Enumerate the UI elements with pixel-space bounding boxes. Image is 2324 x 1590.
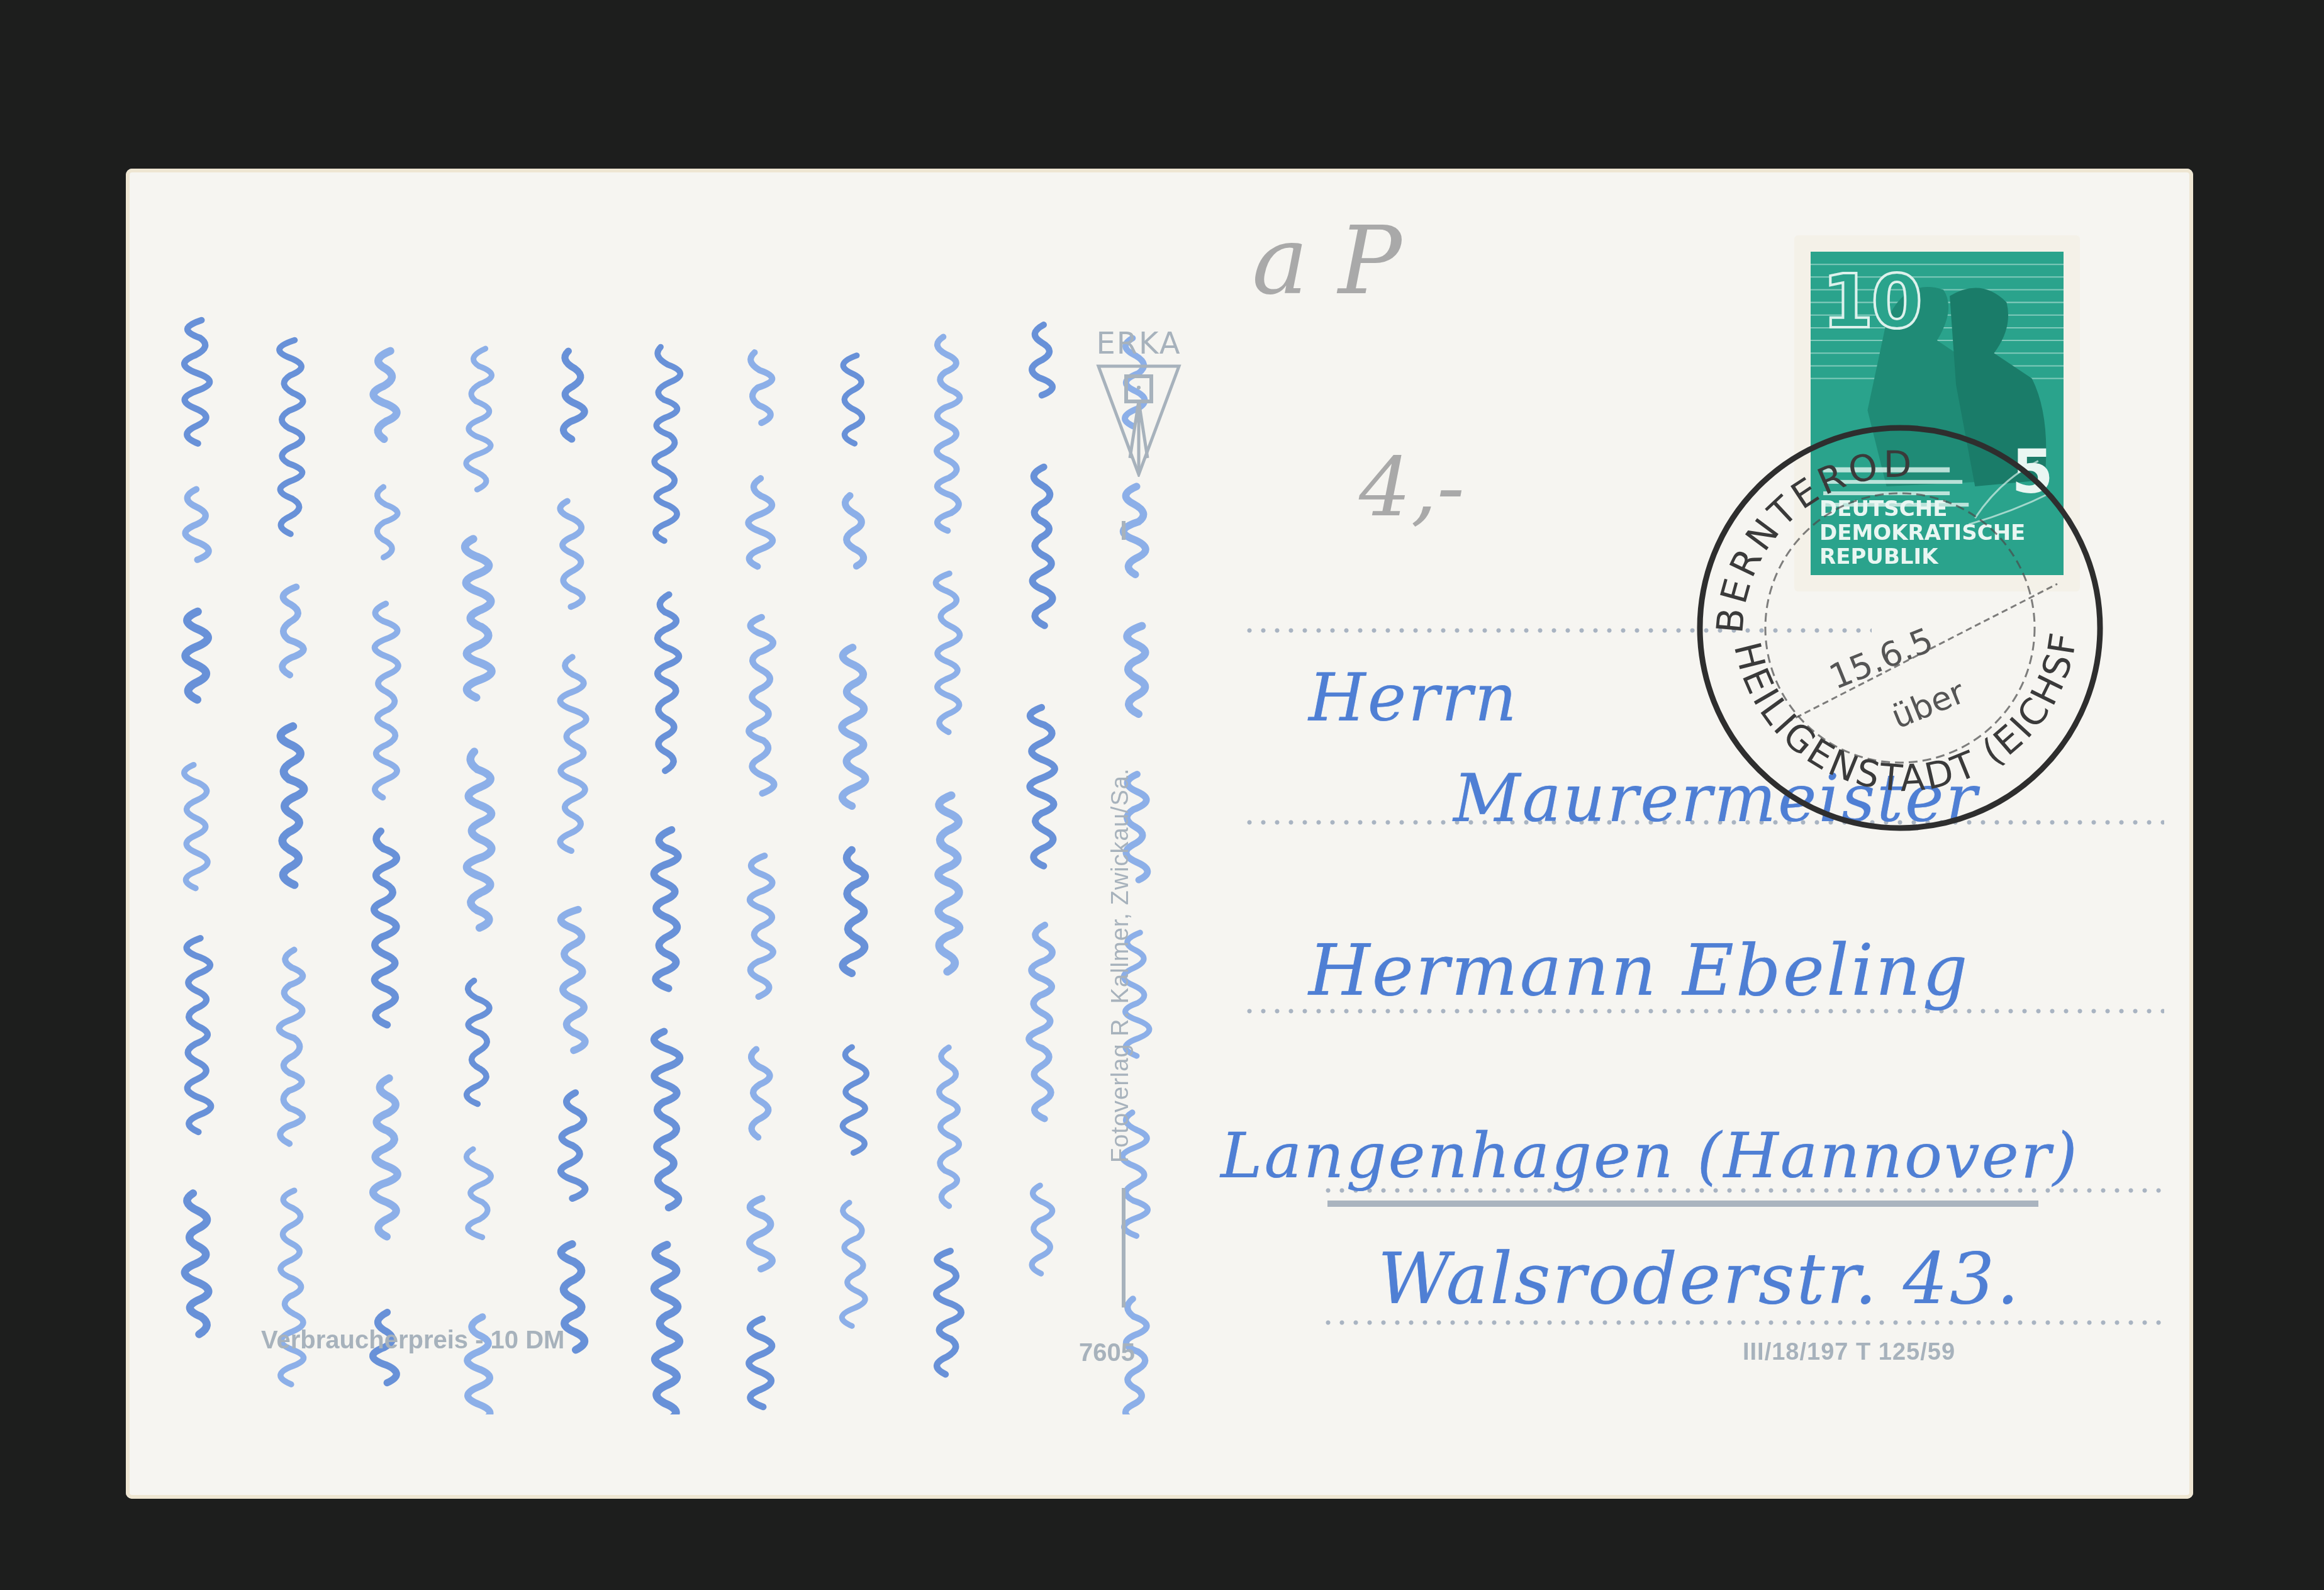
postmark-date: 15.6.5 <box>1824 620 1939 697</box>
postmark: BERNTERODE HEILIGENSTADT (EICHSF) 15.6.5… <box>1673 395 2126 848</box>
stamp-denomination: 10 <box>1822 258 1920 345</box>
license-number: III/18/197 T 125/59 <box>1743 1339 1955 1366</box>
handwritten-message <box>151 282 1183 1414</box>
camera-on-tripod-icon <box>1095 364 1183 477</box>
address-salutation: Herrn <box>1309 659 1519 736</box>
city-underline <box>1327 1201 2038 1207</box>
address-name: Hermann Ebeling <box>1309 930 1970 1012</box>
postcard: ERKA Fotoverlag R. Kallmer, Zwickau/Sa. … <box>126 169 2193 1499</box>
pencil-note-price: 4,- <box>1359 439 1465 535</box>
divider-line <box>1122 521 1126 540</box>
address-line-5 <box>1321 1320 2164 1325</box>
address-city: Langenhagen (Hannover) <box>1221 1119 2079 1192</box>
price-label: Verbraucherpreis - 10 DM <box>261 1326 564 1355</box>
divider-line <box>1122 1188 1126 1307</box>
catalog-number: 7605 <box>1079 1339 1135 1367</box>
pencil-note-top: a P <box>1252 206 1402 316</box>
publisher-logo: ERKA <box>1092 326 1186 477</box>
publisher-imprint: Fotoverlag R. Kallmer, Zwickau/Sa. <box>1107 768 1134 1163</box>
postmark-via: über <box>1886 673 1970 737</box>
logo-brand: ERKA <box>1092 326 1186 361</box>
address-street: Walsroderstr. 43. <box>1378 1238 2021 1320</box>
